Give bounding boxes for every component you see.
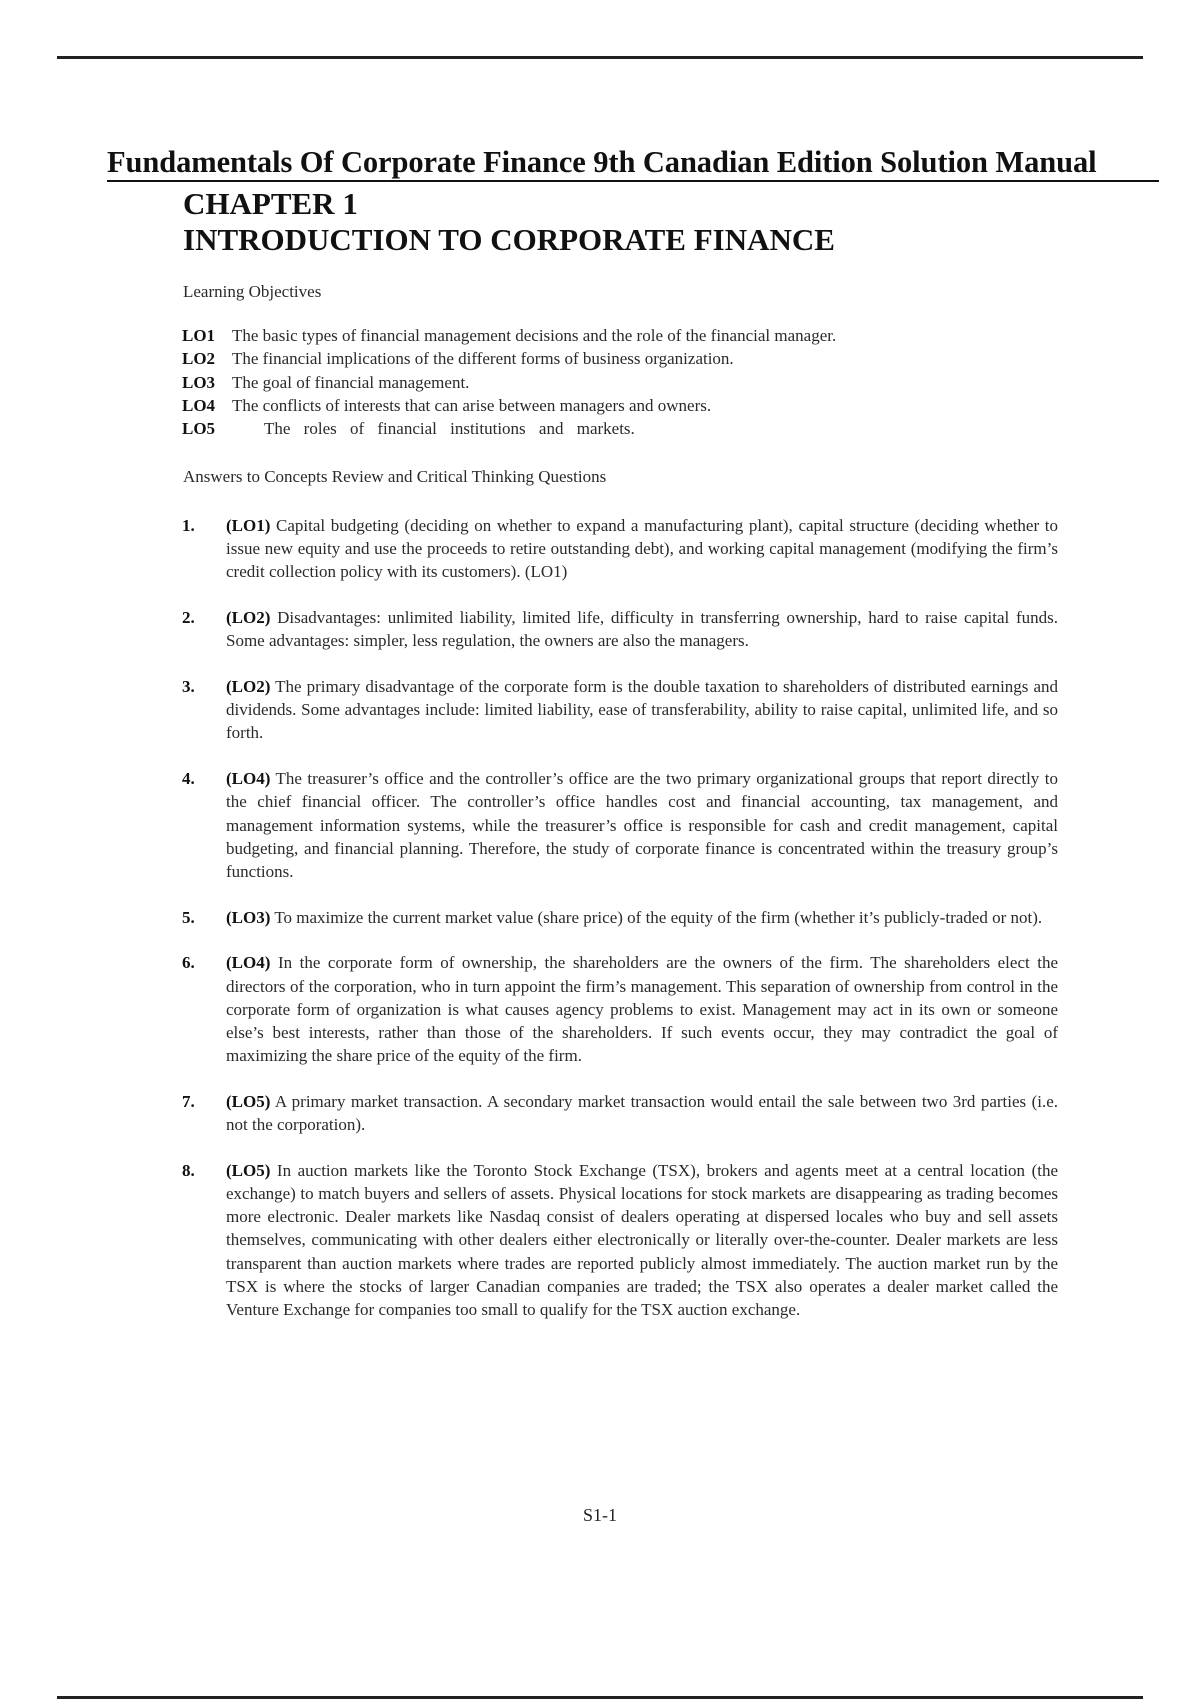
learning-objectives-list: LO1 The basic types of financial managem… (182, 324, 1082, 440)
lo-text: The goal of financial management. (232, 371, 469, 394)
answer-text: Capital budgeting (deciding on whether t… (226, 516, 1058, 581)
answer-number: 7. (182, 1090, 226, 1136)
lo-text: The financial implications of the differ… (232, 347, 734, 370)
learning-objective-item: LO1 The basic types of financial managem… (182, 324, 1082, 347)
answer-lo-tag: (LO4) (226, 953, 270, 972)
answer-lo-tag: (LO2) (226, 677, 270, 696)
lo-code: LO2 (182, 347, 232, 370)
learning-objective-item: LO4 The conflicts of interests that can … (182, 394, 1082, 417)
chapter-number: CHAPTER 1 (183, 186, 358, 222)
answer-body: (LO5) In auction markets like the Toront… (226, 1159, 1058, 1321)
answer-item: 6. (LO4) In the corporate form of owners… (182, 951, 1058, 1067)
lo-code: LO4 (182, 394, 232, 417)
answer-body: (LO4) The treasurer’s office and the con… (226, 767, 1058, 883)
title-underline (107, 180, 1159, 182)
answer-text: The primary disadvantage of the corporat… (226, 677, 1058, 742)
answer-lo-tag: (LO5) (226, 1092, 270, 1111)
answer-lo-tag: (LO5) (226, 1161, 270, 1180)
answer-text: In the corporate form of ownership, the … (226, 953, 1058, 1065)
answer-body: (LO4) In the corporate form of ownership… (226, 951, 1058, 1067)
lo-code: LO1 (182, 324, 232, 347)
answer-text: To maximize the current market value (sh… (274, 908, 1042, 927)
learning-objective-item: LO2 The financial implications of the di… (182, 347, 1082, 370)
answer-item: 8. (LO5) In auction markets like the Tor… (182, 1159, 1058, 1321)
answer-text: A primary market transaction. A secondar… (226, 1092, 1058, 1134)
learning-objective-item: LO5 The roles of financial institutions … (182, 417, 1082, 440)
answer-item: 5. (LO3) To maximize the current market … (182, 906, 1058, 929)
answer-item: 2. (LO2) Disadvantages: unlimited liabil… (182, 606, 1058, 652)
lo-text: The roles of financial institutions and … (232, 417, 635, 440)
answer-number: 8. (182, 1159, 226, 1321)
answer-lo-tag: (LO2) (226, 608, 270, 627)
lo-text: The basic types of financial management … (232, 324, 836, 347)
learning-objectives-heading: Learning Objectives (183, 280, 321, 303)
answer-number: 4. (182, 767, 226, 883)
answers-heading: Answers to Concepts Review and Critical … (183, 465, 606, 488)
answer-number: 1. (182, 514, 226, 584)
answer-lo-tag: (LO1) (226, 516, 270, 535)
answer-item: 1. (LO1) Capital budgeting (deciding on … (182, 514, 1058, 584)
chapter-title: INTRODUCTION TO CORPORATE FINANCE (183, 222, 835, 258)
answer-number: 6. (182, 951, 226, 1067)
lo-text: The conflicts of interests that can aris… (232, 394, 711, 417)
lo-code: LO3 (182, 371, 232, 394)
answer-number: 2. (182, 606, 226, 652)
answer-item: 3. (LO2) The primary disadvantage of the… (182, 675, 1058, 745)
answer-body: (LO5) A primary market transaction. A se… (226, 1090, 1058, 1136)
lo-code: LO5 (182, 417, 232, 440)
answer-item: 7. (LO5) A primary market transaction. A… (182, 1090, 1058, 1136)
answers-list: 1. (LO1) Capital budgeting (deciding on … (182, 514, 1058, 1344)
answer-text: The treasurer’s office and the controlle… (226, 769, 1058, 881)
answer-body: (LO3) To maximize the current market val… (226, 906, 1058, 929)
answer-text: In auction markets like the Toronto Stoc… (226, 1161, 1058, 1319)
footer-rule (57, 1696, 1143, 1699)
answer-item: 4. (LO4) The treasurer’s office and the … (182, 767, 1058, 883)
page-number: S1-1 (0, 1504, 1200, 1526)
answer-number: 3. (182, 675, 226, 745)
answer-number: 5. (182, 906, 226, 929)
answer-text: Disadvantages: unlimited liability, limi… (226, 608, 1058, 650)
answer-lo-tag: (LO3) (226, 908, 270, 927)
answer-body: (LO1) Capital budgeting (deciding on whe… (226, 514, 1058, 584)
answer-body: (LO2) Disadvantages: unlimited liability… (226, 606, 1058, 652)
answer-body: (LO2) The primary disadvantage of the co… (226, 675, 1058, 745)
answer-lo-tag: (LO4) (226, 769, 270, 788)
document-title: Fundamentals Of Corporate Finance 9th Ca… (107, 144, 1159, 180)
learning-objective-item: LO3 The goal of financial management. (182, 371, 1082, 394)
header-rule (57, 56, 1143, 59)
